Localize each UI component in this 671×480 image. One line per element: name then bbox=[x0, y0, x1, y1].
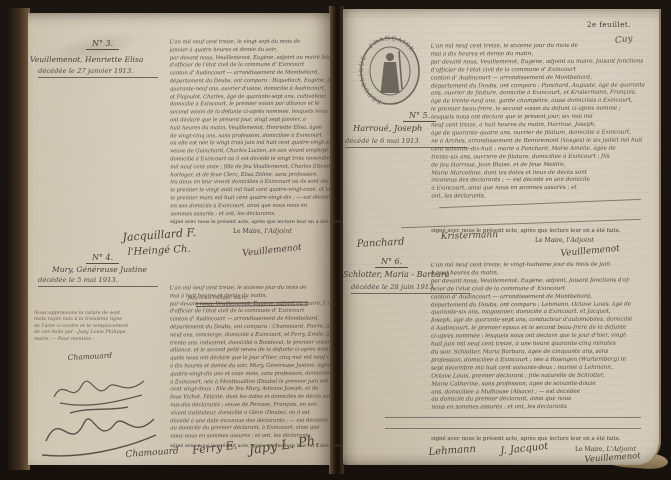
register-scan: N° 3. Veuillemenot, Henriette Elisa décé… bbox=[0, 0, 671, 480]
act4-body-text: L'an mil neuf cent treize, le sixième jo… bbox=[170, 285, 333, 442]
act6-blank-rule1 bbox=[385, 417, 641, 418]
adjoint-label: l'Adjoint bbox=[566, 236, 594, 244]
mayor-label: Le Maire, bbox=[233, 228, 262, 235]
act4-margin-name: Mury, Généreuse Justine bbox=[52, 265, 172, 274]
act3-signature-witness1: Jacquillard F. bbox=[122, 226, 196, 244]
act6-closing-formula: signé avec nous le présent acte, après q… bbox=[431, 436, 621, 442]
act3-officials-label: Le Maire, l'Adjoint bbox=[233, 227, 292, 235]
feuillet-label: 2e feuillet. bbox=[587, 21, 631, 29]
act5-signature-officer: Veuillemenot bbox=[560, 244, 620, 259]
act6-body-text: L'an mil neuf cent treize, le vingt-huit… bbox=[431, 261, 646, 412]
act3-body-text: L'an mil neuf cent treize, le vingt sept… bbox=[170, 39, 333, 219]
act5-signature-witness2: Kristermann bbox=[441, 230, 499, 242]
right-page: 2e feuillet. Cuy RÉPUBLIQUE · FRANÇAISE … bbox=[343, 9, 661, 465]
act4-signature-witness2: Ferry E. bbox=[191, 439, 238, 457]
act3-number: N° 3. bbox=[86, 39, 119, 50]
act5-officials-label: Le Maire, l'Adjoint bbox=[535, 236, 594, 244]
act3-signature-officer: Veuillemenot bbox=[242, 243, 302, 259]
act5-void-stroke2 bbox=[401, 219, 641, 228]
act3-closing-formula: signé avec nous le présent acte, après q… bbox=[170, 219, 342, 225]
act3-margin-name: Veuillemenot, Henriette Elisa bbox=[30, 55, 168, 64]
act6-signature-witness2: J. Jacquot bbox=[500, 441, 549, 457]
act4-number: N° 4. bbox=[86, 253, 119, 264]
act3-signature-witness2: l'Heingé Ch. bbox=[127, 244, 190, 258]
adjoint-label: l'Adjoint bbox=[264, 227, 292, 235]
mayor-label: Le Maire, bbox=[575, 446, 604, 453]
act4-margin-annotation: Nous approuvons la rature de septmots ra… bbox=[34, 310, 164, 342]
act6-signature-witness1: Lehmann bbox=[428, 444, 476, 458]
mayor-label: Le Maire, bbox=[535, 237, 564, 244]
act3-margin-date: décédée le 27 janvier 1913. bbox=[38, 67, 158, 78]
act5-body-text: L'an mil neuf cent treize, le sixième jo… bbox=[431, 42, 646, 201]
book-spine-edge bbox=[8, 8, 30, 470]
act4-margin-signature: Chamouard bbox=[68, 351, 113, 362]
act6-number: N° 6. bbox=[375, 257, 408, 268]
act6-blank-rule2 bbox=[385, 428, 641, 429]
act4-margin-date: décédée le 5 mai 1913. bbox=[38, 276, 158, 287]
act6-signature-officer: Veuillemenot bbox=[584, 451, 641, 465]
act5-signature-witness1: Panchard bbox=[356, 237, 404, 250]
republique-francaise-stamp: RÉPUBLIQUE · FRANÇAISE · bbox=[358, 33, 422, 113]
left-page: N° 3. Veuillemenot, Henriette Elisa décé… bbox=[28, 13, 330, 465]
